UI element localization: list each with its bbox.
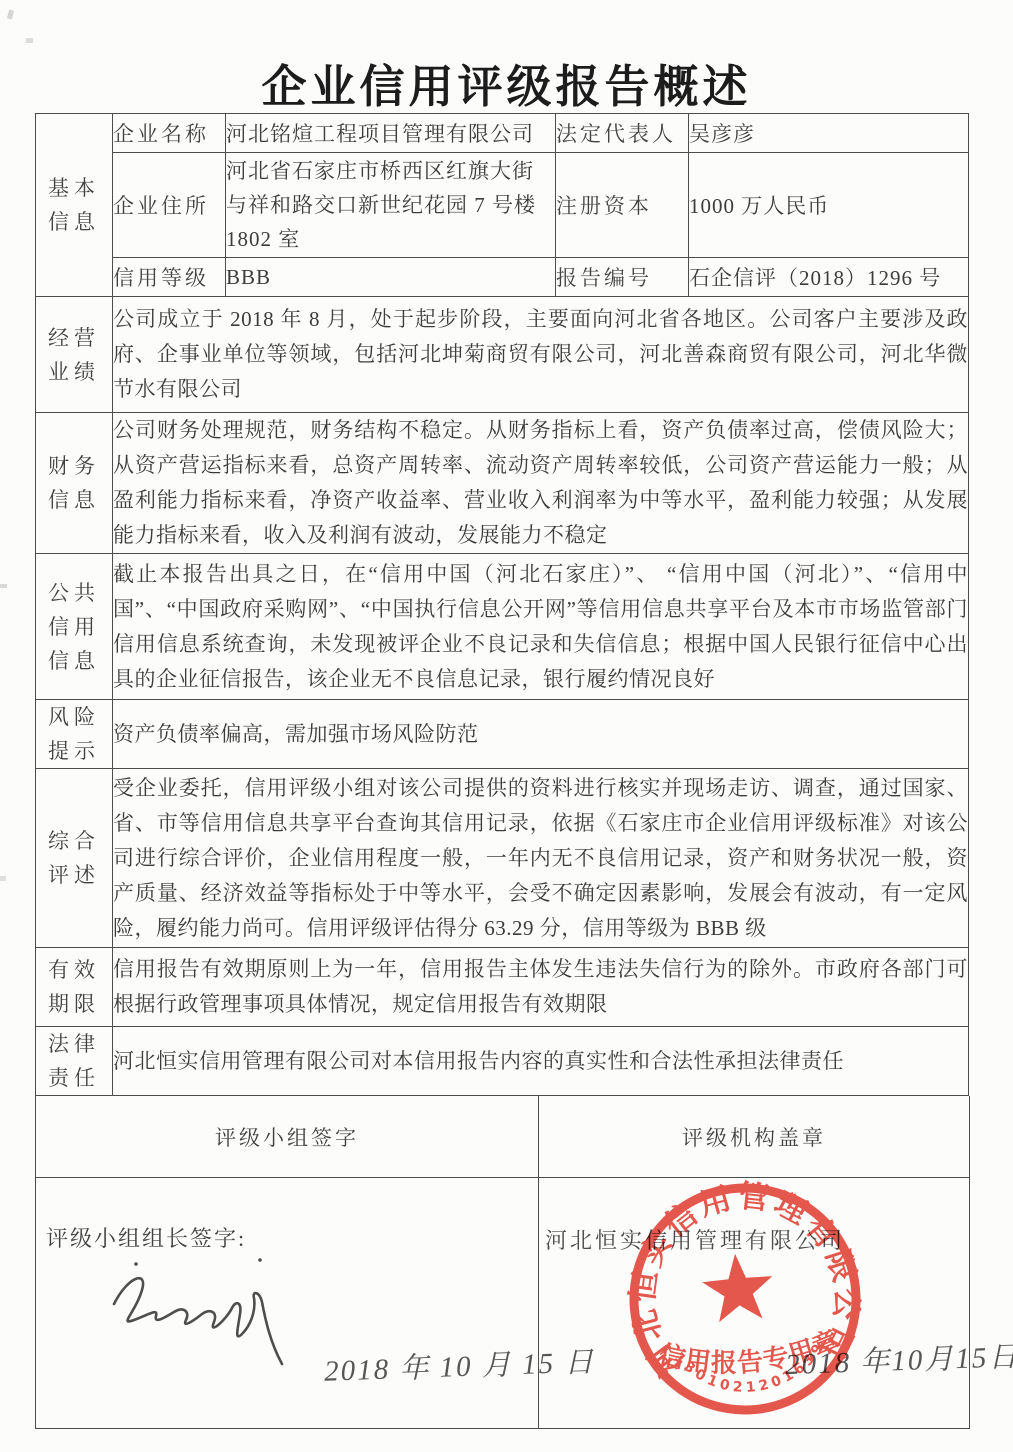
table-row: 信用等级 BBB 报告编号 石企信评（2018）1296 号 (36, 258, 969, 297)
credit-grade-label: 信用等级 (113, 258, 226, 297)
business-performance-content: 公司成立于 2018 年 8 月，处于起步阶段，主要面向河北省各地区。公司客户主… (113, 297, 969, 413)
table-row: 公共信用信息 截止本报告出具之日，在“信用中国（河北石家庄）”、 “信用中国（河… (36, 554, 969, 700)
table-row: 经营业绩 公司成立于 2018 年 8 月，处于起步阶段，主要面向河北省各地区。… (36, 297, 969, 413)
legal-rep-value: 吴彦彦 (689, 114, 969, 153)
section-header-risk-warning: 风险提示 (36, 700, 113, 769)
credit-grade-value: BBB (226, 258, 556, 297)
team-leader-signature-label: 评级小组组长签字: (46, 1222, 246, 1253)
scan-speck (0, 876, 6, 881)
financial-info-content: 公司财务处理规范，财务结构不稳定。从财务指标上看，资产负债率过高，偿债风险大；从… (113, 413, 969, 554)
legal-rep-label: 法定代表人 (556, 114, 689, 153)
scan-speck (0, 584, 7, 588)
registered-capital-label: 注册资本 (556, 153, 689, 258)
table-row: 有效期限 信用报告有效期原则上为一年，信用报告主体发生违法失信行为的除外。市政府… (36, 948, 969, 1027)
section-header-business-performance: 经营业绩 (36, 297, 113, 413)
registered-capital-value: 1000 万人民币 (689, 153, 969, 258)
section-header-basic-info: 基本信息 (36, 114, 113, 297)
address-value: 河北省石家庄市桥西区红旗大街与祥和路交口新世纪花园 7 号楼 1802 室 (226, 153, 556, 258)
report-table: 基本信息 企业名称 河北铭煊工程项目管理有限公司 法定代表人 吴彦彦 企业住所 … (35, 113, 969, 1096)
company-name-label: 企业名称 (113, 114, 226, 153)
table-row: 财务信息 公司财务处理规范，财务结构不稳定。从财务指标上看，资产负债率过高，偿债… (36, 413, 969, 554)
section-header-financial-info: 财务信息 (36, 413, 113, 554)
table-row: 综合评述 受企业委托，信用评级小组对该公司提供的资料进行核实并现场走访、调查，通… (36, 769, 969, 948)
report-page: 企业信用评级报告概述 基本信息 企业名称 河北铭煊工程项目管理有限公司 法定代表… (0, 0, 1013, 1452)
overall-review-content: 受企业委托，信用评级小组对该公司提供的资料进行核实并现场走访、调查，通过国家、省… (113, 769, 969, 948)
scan-speck (26, 38, 33, 43)
section-header-public-credit-info: 公共信用信息 (36, 554, 113, 700)
report-number-label: 报告编号 (556, 258, 689, 297)
table-row: 基本信息 企业名称 河北铭煊工程项目管理有限公司 法定代表人 吴彦彦 (36, 114, 969, 153)
legal-liability-content: 河北恒实信用管理有限公司对本信用报告内容的真实性和合法性承担法律责任 (113, 1027, 969, 1096)
section-header-overall-review: 综合评述 (36, 769, 113, 948)
signature-cell: 评级小组组长签字: 2018 年 10 月 15 日 (36, 1178, 539, 1428)
table-row: 企业住所 河北省石家庄市桥西区红旗大街与祥和路交口新世纪花园 7 号楼 1802… (36, 153, 969, 258)
company-name-value: 河北铭煊工程项目管理有限公司 (226, 114, 556, 153)
red-company-stamp: 河北恒实信用管理有限公司 信用报告专用章 1301021201639 (612, 1166, 878, 1432)
stamp-star-icon (700, 1251, 776, 1324)
validity-period-content: 信用报告有效期原则上为一年，信用报告主体发生违法失信行为的除外。市政府各部门可根… (113, 948, 969, 1027)
table-row: 风险提示 资产负债率偏高，需加强市场风险防范 (36, 700, 969, 769)
rating-team-signature-header: 评级小组签字 (36, 1096, 539, 1178)
handwritten-signature (84, 1250, 304, 1380)
page-title: 企业信用评级报告概述 (0, 50, 1013, 115)
report-number-value: 石企信评（2018）1296 号 (689, 258, 969, 297)
scan-speck (7, 10, 14, 20)
table-row: 法律责任 河北恒实信用管理有限公司对本信用报告内容的真实性和合法性承担法律责任 (36, 1027, 969, 1096)
section-header-validity-period: 有效期限 (36, 948, 113, 1027)
section-header-legal-liability: 法律责任 (36, 1027, 113, 1096)
address-label: 企业住所 (113, 153, 226, 258)
risk-warning-content: 资产负债率偏高，需加强市场风险防范 (113, 700, 969, 769)
public-credit-info-content: 截止本报告出具之日，在“信用中国（河北石家庄）”、 “信用中国（河北）”、“信用… (113, 554, 969, 700)
